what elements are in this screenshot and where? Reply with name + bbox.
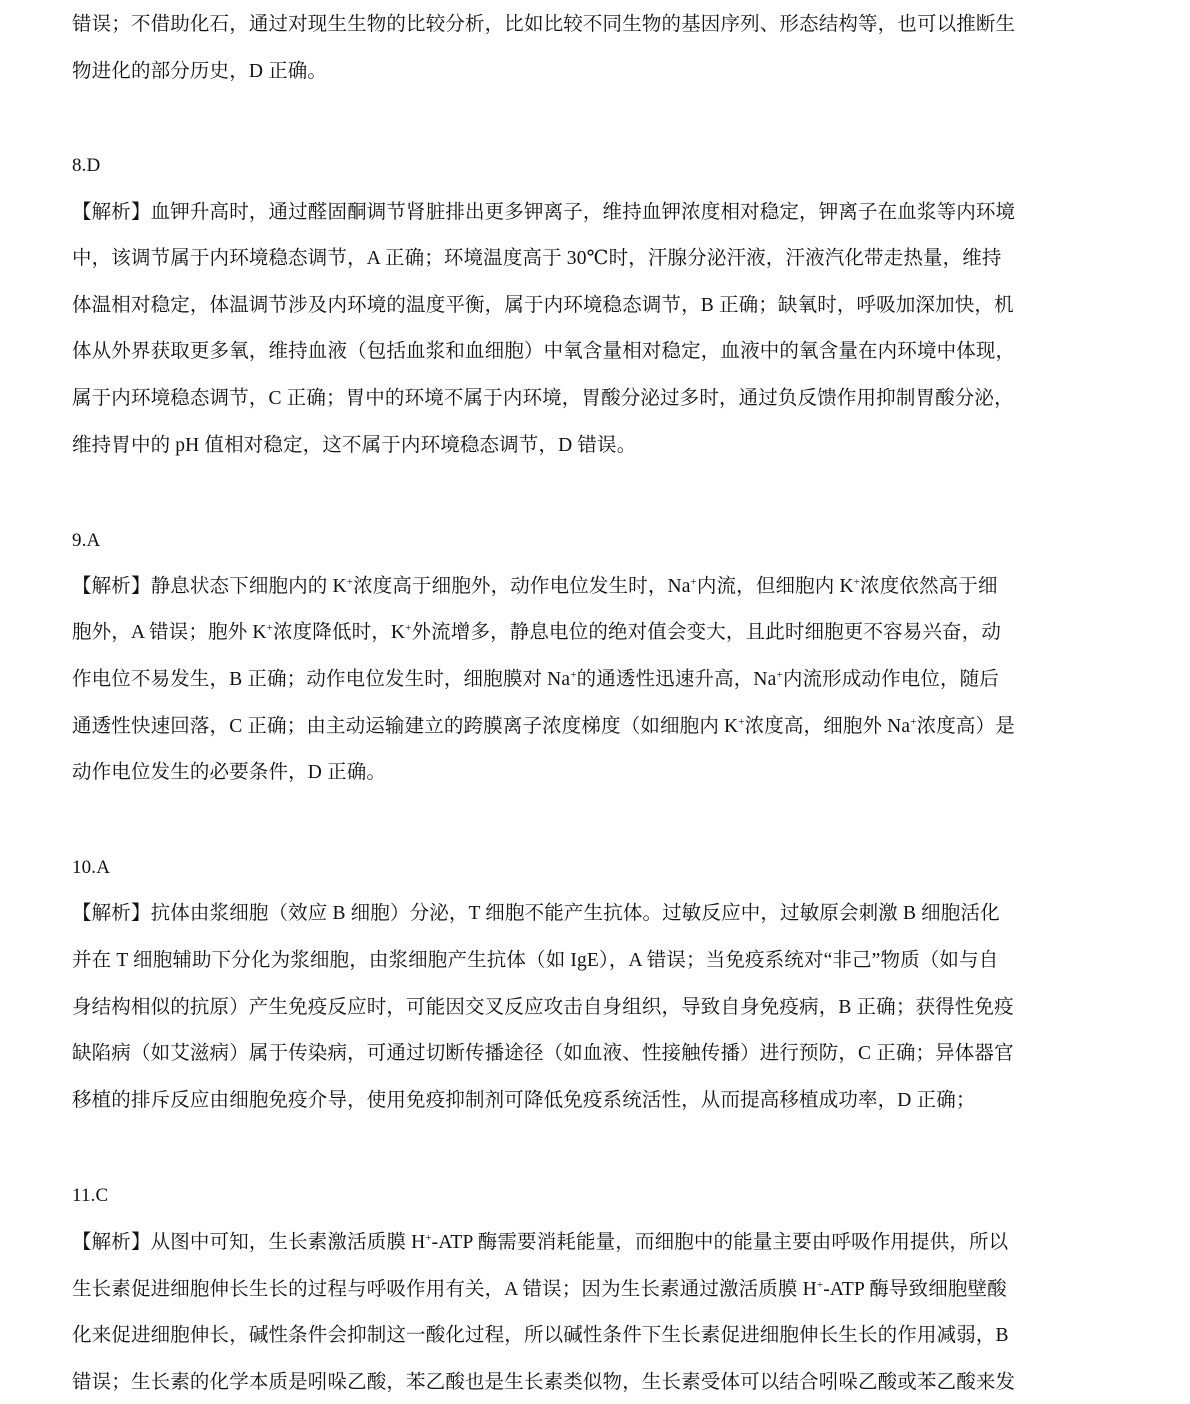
text-segment: 通透性快速回落，C 正确；由主动运输建立的跨膜离子浓度梯度（如细胞内 K [72, 716, 738, 737]
text-segment: 生长素促进细胞伸长生长的过程与呼吸作用有关，A 错误；因为生长素通过激活质膜 H [72, 1279, 817, 1300]
text-segment: 作电位不易发生，B 正确；动作电位发生时，细胞膜对 Na [72, 669, 570, 690]
text-segment: 浓度高，细胞外 Na [745, 716, 911, 737]
explanation-line: 属于内环境稳态调节，C 正确；胃中的环境不属于内环境，胃酸分泌过多时，通过负反馈… [72, 386, 1122, 412]
explanation-line: 作电位不易发生，B 正确；动作电位发生时，细胞膜对 Na+的通透性迅速升高，Na… [72, 667, 1122, 693]
answer-number: 10.A [72, 855, 1122, 881]
explanation-line: 缺陷病（如艾滋病）属于传染病，可通过切断传播途径（如血液、性接触传播）进行预防，… [72, 1041, 1122, 1067]
text-segment: 化来促进细胞伸长，碱性条件会抑制这一酸化过程，所以碱性条件下生长素促进细胞伸长生… [72, 1325, 1009, 1346]
text-segment: 胞外，A 错误；胞外 K [72, 622, 267, 643]
answer-number: 8.D [72, 153, 1122, 179]
explanation-line: 生长素促进细胞伸长生长的过程与呼吸作用有关，A 错误；因为生长素通过激活质膜 H… [72, 1277, 1122, 1303]
paragraph-line: 错误；不借助化石，通过对现生生物的比较分析，比如比较不同生物的基因序列、形态结构… [72, 12, 1122, 38]
text-segment: 【解析】从图中可知，生长素激活质膜 H [72, 1232, 425, 1253]
text-segment: 的通透性迅速升高，Na [577, 669, 777, 690]
text-segment: -ATP 酶导致细胞壁酸 [823, 1279, 1007, 1300]
explanation-line: 错误；生长素的化学本质是吲哚乙酸，苯乙酸也是生长素类似物，生长素受体可以结合吲哚… [72, 1370, 1122, 1396]
text-segment: 外流增多，静息电位的绝对值会变大，且此时细胞更不容易兴奋，动 [412, 622, 1002, 643]
explanation-line: 体温相对稳定，体温调节涉及内环境的温度平衡，属于内环境稳态调节，B 正确；缺氧时… [72, 293, 1122, 319]
explanation-line: 体从外界获取更多氧，维持血液（包括血浆和血细胞）中氧含量相对稳定，血液中的氧含量… [72, 339, 1122, 365]
explanation-line: 化来促进细胞伸长，碱性条件会抑制这一酸化过程，所以碱性条件下生长素促进细胞伸长生… [72, 1323, 1122, 1349]
explanation-line: 动作电位发生的必要条件，D 正确。 [72, 760, 1122, 786]
text-segment: -ATP 酶需要消耗能量，而细胞中的能量主要由呼吸作用提供，所以 [432, 1232, 1009, 1253]
explanation-line: 并在 T 细胞辅助下分化为浆细胞，由浆细胞产生抗体（如 IgE），A 错误；当免… [72, 948, 1122, 974]
text-segment: 【解析】静息状态下细胞内的 K [72, 576, 347, 597]
text-segment: 浓度降低时，K [273, 622, 405, 643]
text-segment: 动作电位发生的必要条件，D 正确。 [72, 762, 386, 783]
explanation-line: 身结构相似的抗原）产生免疫反应时，可能因交叉反应攻击自身组织，导致自身免疫病，B… [72, 995, 1122, 1021]
explanation-line: 【解析】抗体由浆细胞（效应 B 细胞）分泌，T 细胞不能产生抗体。过敏反应中，过… [72, 901, 1122, 927]
explanation-line: 移植的排斥反应由细胞免疫介导，使用免疫抑制剂可降低免疫系统活性，从而提高移植成功… [72, 1088, 1122, 1114]
explanation-line: 【解析】静息状态下细胞内的 K+浓度高于细胞外，动作电位发生时，Na+内流，但细… [72, 574, 1122, 600]
explanation-line: 通透性快速回落，C 正确；由主动运输建立的跨膜离子浓度梯度（如细胞内 K+浓度高… [72, 714, 1122, 740]
explanation-line: 维持胃中的 pH 值相对稳定，这不属于内环境稳态调节，D 错误。 [72, 433, 1122, 459]
document-page: 错误；不借助化石，通过对现生生物的比较分析，比如比较不同生物的基因序列、形态结构… [0, 0, 1190, 1404]
text-segment: 错误；生长素的化学本质是吲哚乙酸，苯乙酸也是生长素类似物，生长素受体可以结合吲哚… [72, 1372, 1015, 1393]
answer-number: 11.C [72, 1183, 1122, 1209]
text-segment: 内流，但细胞内 K [697, 576, 854, 597]
explanation-line: 中，该调节属于内环境稳态调节，A 正确；环境温度高于 30℃时，汗腺分泌汗液，汗… [72, 246, 1122, 272]
text-segment: 浓度高于细胞外，动作电位发生时，Na [353, 576, 690, 597]
paragraph-line: 物进化的部分历史，D 正确。 [72, 59, 1122, 85]
text-segment: 内流形成动作电位，随后 [783, 669, 999, 690]
explanation-line: 【解析】从图中可知，生长素激活质膜 H+-ATP 酶需要消耗能量，而细胞中的能量… [72, 1230, 1122, 1256]
answer-number: 9.A [72, 528, 1122, 554]
text-segment: 浓度依然高于细 [860, 576, 998, 597]
explanation-line: 胞外，A 错误；胞外 K+浓度降低时，K+外流增多，静息电位的绝对值会变大，且此… [72, 620, 1122, 646]
text-segment: 浓度高）是 [917, 716, 1015, 737]
explanation-line: 【解析】血钾升高时，通过醛固酮调节肾脏排出更多钾离子，维持血钾浓度相对稳定，钾离… [72, 200, 1122, 226]
